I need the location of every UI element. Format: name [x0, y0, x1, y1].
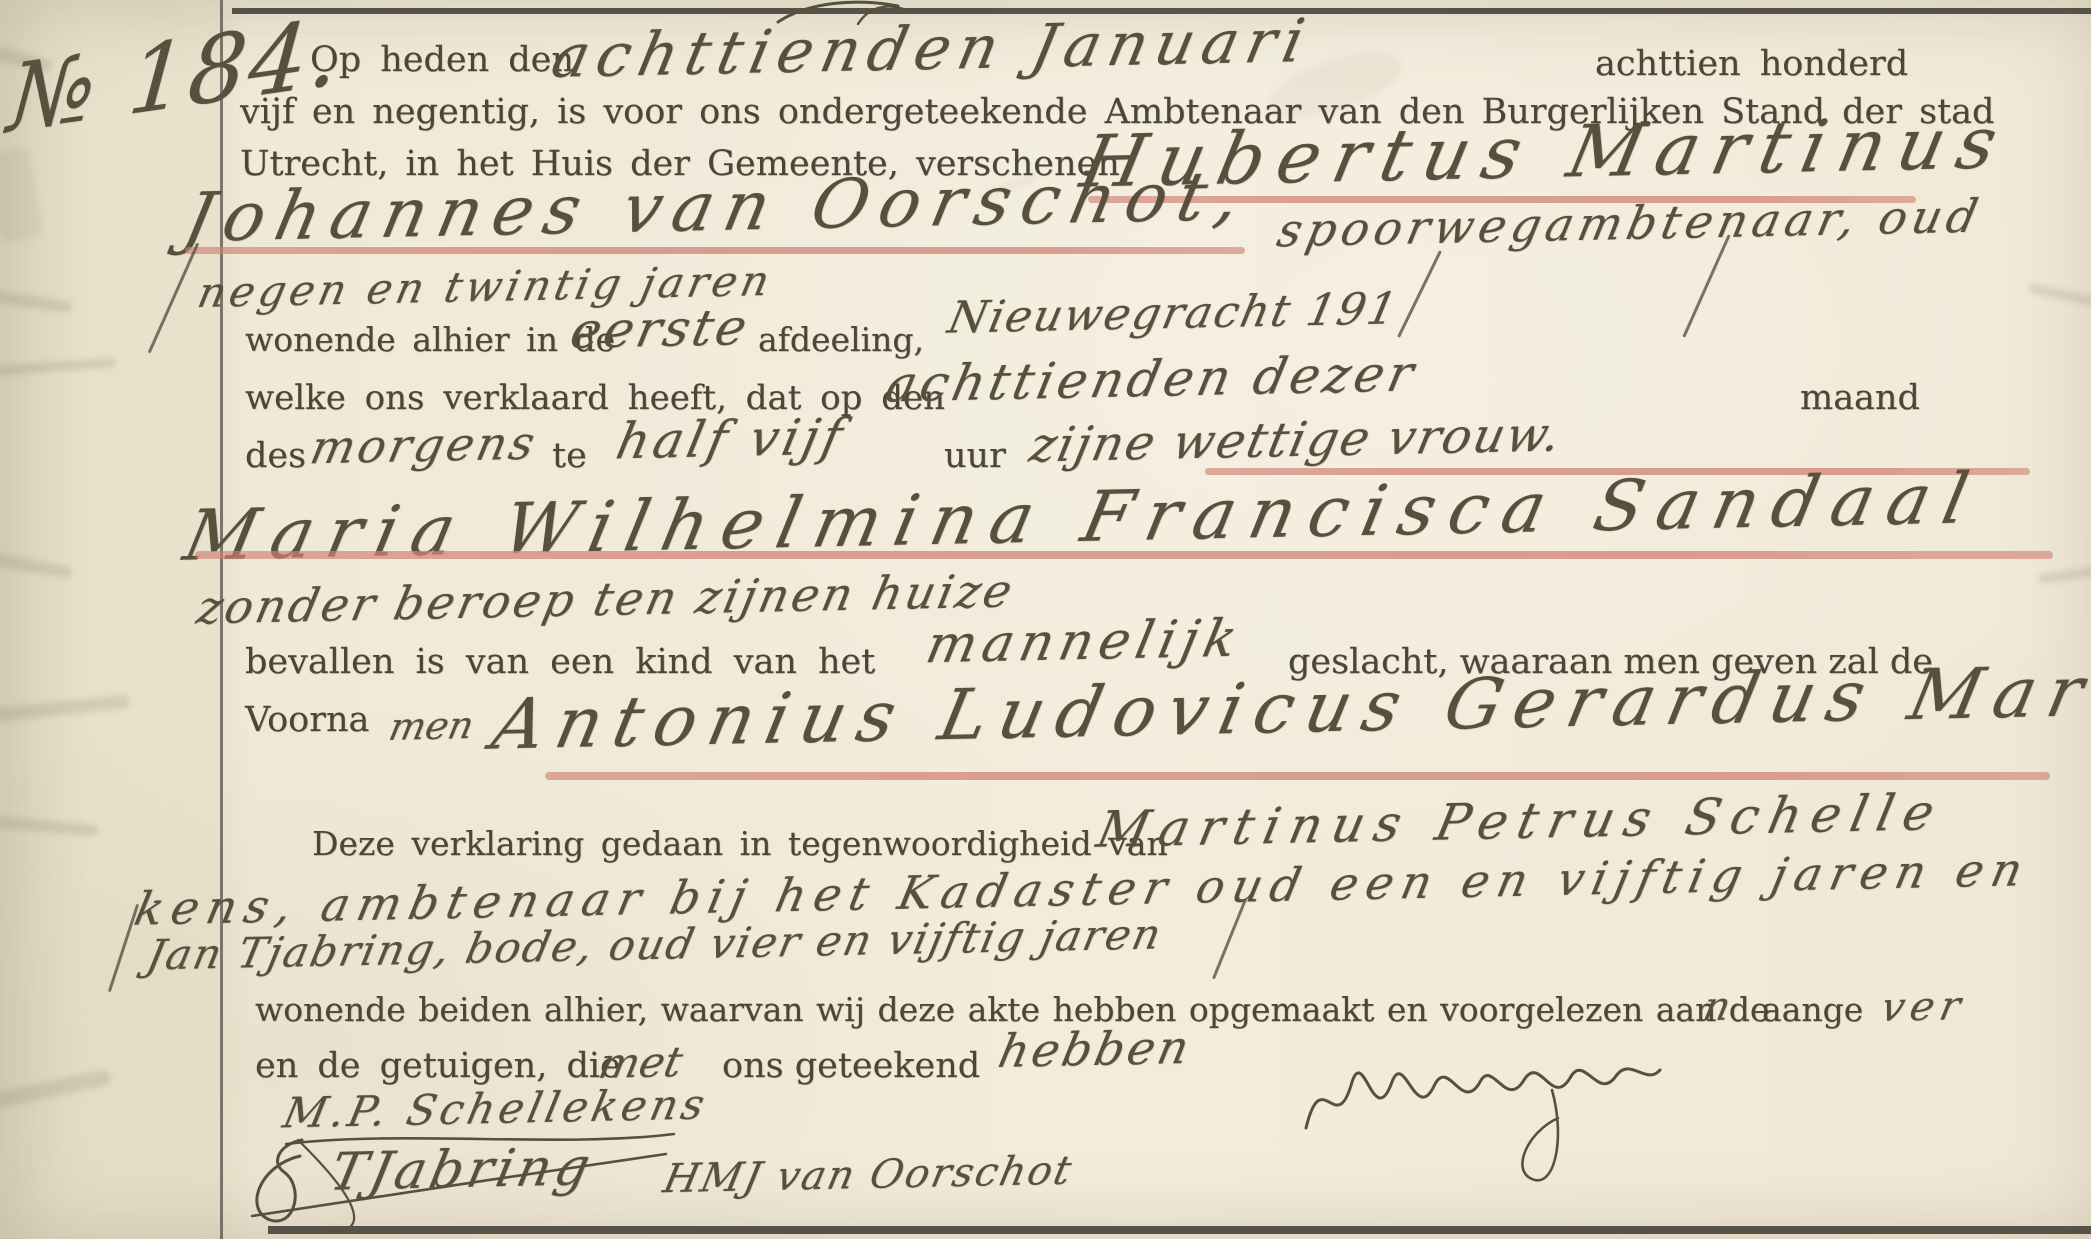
bleedthrough-mark — [0, 357, 116, 376]
hand-occupation: spoorwegambtenaar, oud — [1280, 196, 1980, 250]
red-underline-mother-name — [195, 551, 2053, 559]
printed-des: des — [245, 436, 306, 476]
hand-afdeeling: eerste — [572, 300, 748, 358]
hand-morgens: morgens — [312, 418, 536, 472]
printed-aange: aange — [1762, 990, 1863, 1029]
hand-ver-insert: ver — [1882, 984, 1965, 1030]
hand-witness2-details: Jan Tjabring, bode, oud vier en vijftig … — [150, 920, 1160, 969]
hand-child-names: Antonius Ludovicus Gerardus Maria — [498, 666, 2091, 748]
hand-witness1-name: Martinus Petrus Schelle — [1100, 792, 1941, 850]
hand-hebben: hebben — [1000, 1022, 1191, 1076]
hand-time: half vijf — [618, 410, 845, 468]
bleedthrough-mark — [0, 553, 72, 579]
hand-mother-occupation: zonder beroep ten zijnen huize — [200, 572, 1012, 626]
bleedthrough-mark — [0, 815, 98, 837]
hand-n-insert: n — [1704, 984, 1730, 1030]
printed-voorna: Voorna — [245, 700, 369, 740]
hand-gender: mannelijk — [928, 612, 1241, 672]
hand-date-day-month: achttienden Januari — [555, 14, 1309, 84]
printed-maand: maand — [1800, 378, 1920, 418]
bleedthrough-mark — [0, 694, 130, 724]
printed-te: te — [552, 436, 587, 476]
printed-ons-geteekend: ons geteekend — [722, 1046, 980, 1086]
bleedthrough-mark — [2028, 283, 2091, 307]
pen-slash-mid — [1397, 250, 1442, 338]
hand-birth-day: achttienden dezer — [888, 350, 1415, 408]
bleedthrough-mark — [0, 289, 72, 314]
registrar-signature-flourish — [1300, 1028, 1680, 1213]
hand-zijne-wettige-vrouw: zijne wettige vrouw. — [1032, 412, 1560, 468]
hand-witness1-details: kens, ambtenaar bij het Kadaster oud een… — [140, 862, 2025, 916]
signature-van-oorschot: HMJ van Oorschot — [665, 1152, 1071, 1198]
printed-wonende-alhier: wonende alhier in de — [245, 320, 615, 359]
hand-address: Nieuwegracht 191 — [950, 288, 1397, 339]
hand-mother-name: Maria Wilhelmina Francisca Sandaal — [190, 476, 1976, 558]
pen-slash-witness-left — [108, 904, 139, 992]
printed-uur: uur — [944, 436, 1006, 476]
red-underline-child-names — [545, 772, 2050, 780]
hand-men-suffix: men — [390, 704, 473, 748]
birth-certificate-scan: № 184. Op heden den achttienden Januari … — [0, 0, 2091, 1239]
hand-declarant-name: Johannes van Oorschot, — [188, 168, 1247, 247]
signature-tjabring: TJabring — [332, 1140, 592, 1200]
bleedthrough-mark — [2038, 566, 2091, 585]
printed-en-de-getuigen: en de getuigen, die — [255, 1046, 621, 1086]
printed-achttien-honderd: achttien honderd — [1595, 44, 1908, 84]
printed-op-heden-den: Op heden den — [310, 40, 574, 80]
red-underline-declarant-name — [185, 247, 1245, 254]
bleedthrough-mark — [0, 1068, 112, 1111]
pen-slash-left — [148, 243, 200, 354]
printed-deze-verklaring: Deze verklaring gedaan in tegenwoordighe… — [312, 824, 1168, 863]
bleedthrough-mark — [0, 147, 43, 243]
